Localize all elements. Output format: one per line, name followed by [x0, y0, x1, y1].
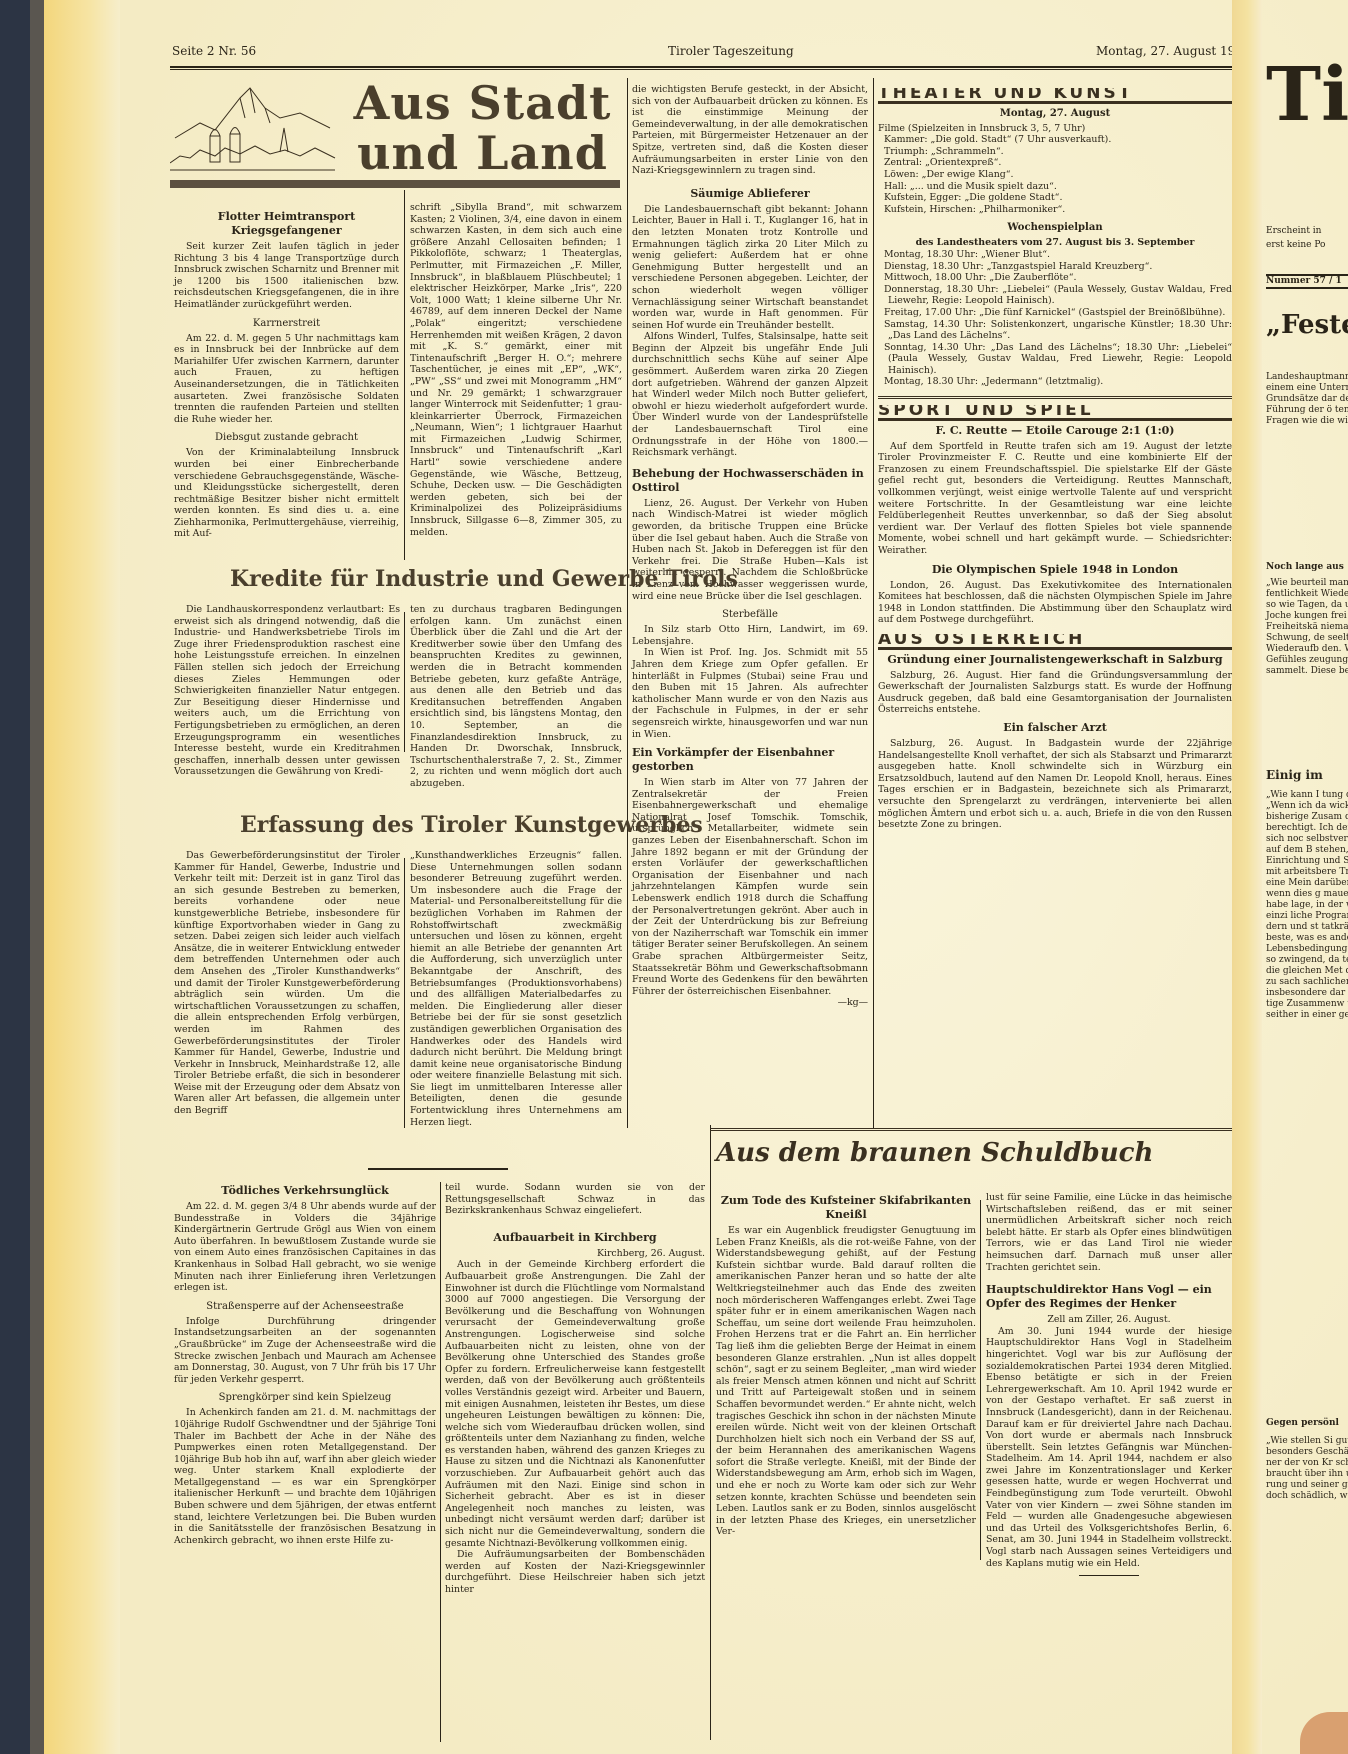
- weekly-schedule-list: Montag, 18.30 Uhr: „Wiener Blut“.Diensta…: [878, 249, 1232, 388]
- film-listing: Kufstein, Egger: „Die goldene Stadt“.: [878, 192, 1232, 204]
- kredite-headline: Kredite für Industrie und Gewerbe Tirols: [230, 566, 738, 592]
- theater-section: THEATER UND KUNST Montag, 27. August Fil…: [878, 88, 1232, 831]
- article-kirchberg: teil wurde. Sodann wurden sie von der Re…: [445, 1182, 705, 1596]
- film-list: Kammer: „Die gold. Stadt“ (7 Uhr ausverk…: [878, 134, 1232, 215]
- film-listing: Löwen: „Der ewige Klang“.: [878, 169, 1232, 181]
- schedule-entry: Dienstag, 18.30 Uhr: „Tanzgastspiel Hara…: [878, 261, 1232, 273]
- schedule-entry: Sonntag, 14.30 Uhr: „Das Land des Lächel…: [878, 342, 1232, 377]
- section-logo: Aus Stadt und Land: [170, 78, 620, 188]
- logo-title: Aus Stadt und Land: [340, 78, 625, 178]
- kunstgewerbe-headline: Erfassung des Tiroler Kunstgewerbes: [240, 812, 703, 838]
- schedule-entry: Donnerstag, 18.30 Uhr: „Liebelei“ (Paula…: [878, 284, 1232, 307]
- oesterreich-heading: AUS ÖSTERREICH: [878, 634, 1232, 650]
- wavy-divider: [710, 1128, 1238, 1134]
- logo-rule: [170, 180, 620, 188]
- article-kunstgewerbe: Das Gewerbeförderungsinstitut der Tirole…: [174, 850, 400, 1117]
- column-rule: [710, 1125, 711, 1740]
- masthead-rule: [170, 66, 1238, 70]
- article-vogl: lust für seine Familie, eine Lücke in da…: [986, 1192, 1232, 1576]
- schuldbuch-headline: Aus dem braunen Schuldbuch: [716, 1138, 1153, 1168]
- article-heimtransport: Flotter Heimtransport Kriegsgefangener S…: [174, 208, 399, 540]
- film-listing: Triumph: „Schrammeln“.: [878, 146, 1232, 158]
- article-verkehrsunglueck: Tödliches Verkehrsunglück Am 22. d. M. g…: [174, 1182, 436, 1546]
- film-listing: Zentral: „Orientexpreß“.: [878, 157, 1232, 169]
- article-saeumige: die wichtigsten Berufe gesteckt, in der …: [632, 84, 868, 1009]
- schedule-entry: Samstag, 14.30 Uhr: Solistenkonzert, ung…: [878, 319, 1232, 342]
- schedule-entry: Mittwoch, 18.00 Uhr: „Die Zauberflöte“.: [878, 272, 1232, 284]
- article-kredite-cont: ten zu durchaus tragbaren Bedingungen er…: [410, 604, 622, 790]
- schedule-entry: Freitag, 17.00 Uhr: „Die fünf Karnickel“…: [878, 307, 1232, 319]
- schedule-entry: Montag, 18.30 Uhr: „Jedermann“ (letztmal…: [878, 376, 1232, 388]
- newspaper-name: Tiroler Tageszeitung: [668, 44, 794, 58]
- film-listing: Kufstein, Hirschen: „Philharmoniker“.: [878, 204, 1232, 216]
- sport-heading: SPORT UND SPIEL: [878, 405, 1232, 421]
- film-listing: Kammer: „Die gold. Stadt“ (7 Uhr ausverk…: [878, 134, 1232, 146]
- divider: [368, 1168, 508, 1170]
- mountain-city-skyline-icon: [170, 78, 340, 178]
- column-rule: [404, 190, 405, 560]
- end-rule: [1079, 1575, 1139, 1576]
- article-kneissl: Zum Tode des Kufsteiner Skifabrikanten K…: [716, 1192, 976, 1538]
- column-rule: [980, 1200, 981, 1560]
- column-rule: [440, 1182, 441, 1742]
- page-gutter: [44, 0, 120, 1754]
- article-kredite: Die Landhauskorrespondenz verlautbart: E…: [174, 604, 400, 778]
- column-rule: [873, 78, 874, 1128]
- article-kunstgewerbe-cont: „Kunsthandwerkliches Erzeugnis“ fallen. …: [410, 850, 622, 1128]
- article-diebsgut-cont: schrift „Sibylla Brand“, mit schwarzem K…: [410, 202, 622, 538]
- schedule-entry: Montag, 18.30 Uhr: „Wiener Blut“.: [878, 249, 1232, 261]
- film-listing: Hall: „... und die Musik spielt dazu“.: [878, 181, 1232, 193]
- column-rule: [404, 858, 405, 1128]
- column-rule: [627, 78, 628, 1128]
- column-rule: [404, 612, 405, 752]
- next-page-logo: Ti: [1266, 90, 1348, 101]
- page-fold: [1232, 0, 1262, 1754]
- issue-date: Montag, 27. August 1945: [1096, 44, 1251, 58]
- page-number: Seite 2 Nr. 56: [172, 44, 256, 58]
- wavy-divider: [878, 396, 1232, 399]
- binding-edge: [30, 0, 44, 1754]
- next-page-edge: Ti Erscheint in erst keine Po Nummer 57 …: [1262, 0, 1348, 1754]
